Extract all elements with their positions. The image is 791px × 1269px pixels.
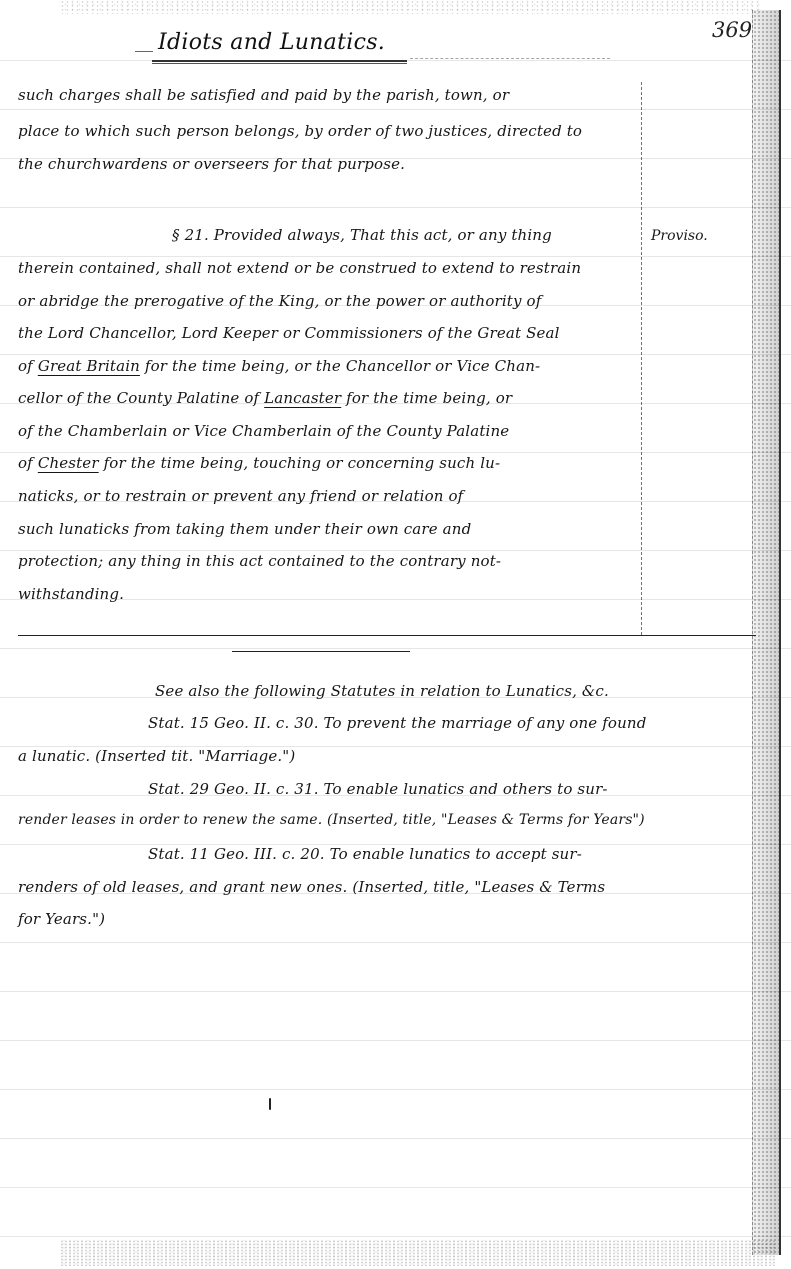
page-number: 369 [712,18,752,42]
text-line: such lunaticks from taking them under th… [18,520,471,538]
see-also-heading: See also the following Statutes in relat… [155,682,609,700]
text-line: of the Chamberlain or Vice Chamberlain o… [18,422,509,440]
text-line: or abridge the prerogative of the King, … [18,292,541,310]
underlined-place-name: Lancaster [264,389,341,407]
statute-entry: Stat. 15 Geo. II. c. 30. To prevent the … [148,714,647,732]
text-fragment: for the time being, or the Chancellor or… [140,357,540,375]
text-line: the churchwardens or overseers for that … [18,155,405,173]
title-tail-rule [410,58,610,59]
ink-mark [269,1098,271,1110]
section-21-opening: § 21. Provided always, That this act, or… [172,226,552,244]
section-divider [18,635,756,636]
manuscript-page[interactable]: 369 Idiots and Lunatics. such charges sh… [0,0,791,1269]
underlined-place-name: Great Britain [38,357,140,375]
underlined-place-name: Chester [38,454,99,472]
text-line: therein contained, shall not extend or b… [18,259,581,277]
margin-rule [641,82,642,635]
title-lead-rule [135,51,153,52]
text-fragment: of [18,357,38,375]
short-divider [232,651,410,652]
text-line: protection; any thing in this act contai… [18,552,501,570]
text-line: a lunatic. (Inserted tit. "Marriage.") [18,747,295,765]
text-line: cellor of the County Palatine of Lancast… [18,389,512,407]
text-line: naticks, or to restrain or prevent any f… [18,487,463,505]
statute-entry: Stat. 11 Geo. III. c. 20. To enable luna… [148,845,582,863]
text-fragment: for the time being, or [341,389,512,407]
text-line: of Great Britain for the time being, or … [18,357,540,375]
text-fragment: of [18,454,38,472]
text-line: such charges shall be satisfied and paid… [18,86,509,104]
text-line: of Chester for the time being, touching … [18,454,500,472]
title-underline-secondary [152,63,407,64]
text-line: the Lord Chancellor, Lord Keeper or Comm… [18,324,560,342]
scan-noise-top [60,0,760,14]
page-edge-shadow [752,10,781,1255]
scan-noise-bottom [60,1240,775,1266]
text-line: for Years.") [18,910,105,928]
text-line: withstanding. [18,585,124,603]
title-underline [152,60,407,62]
page-title: Idiots and Lunatics. [158,30,385,55]
marginal-note-proviso: Proviso. [651,228,708,244]
text-line: renders of old leases, and grant new one… [18,878,605,896]
statute-entry: Stat. 29 Geo. II. c. 31. To enable lunat… [148,780,608,798]
text-fragment: for the time being, touching or concerni… [99,454,501,472]
text-line: render leases in order to renew the same… [18,812,645,828]
text-fragment: cellor of the County Palatine of [18,389,264,407]
text-line: place to which such person belongs, by o… [18,122,582,140]
